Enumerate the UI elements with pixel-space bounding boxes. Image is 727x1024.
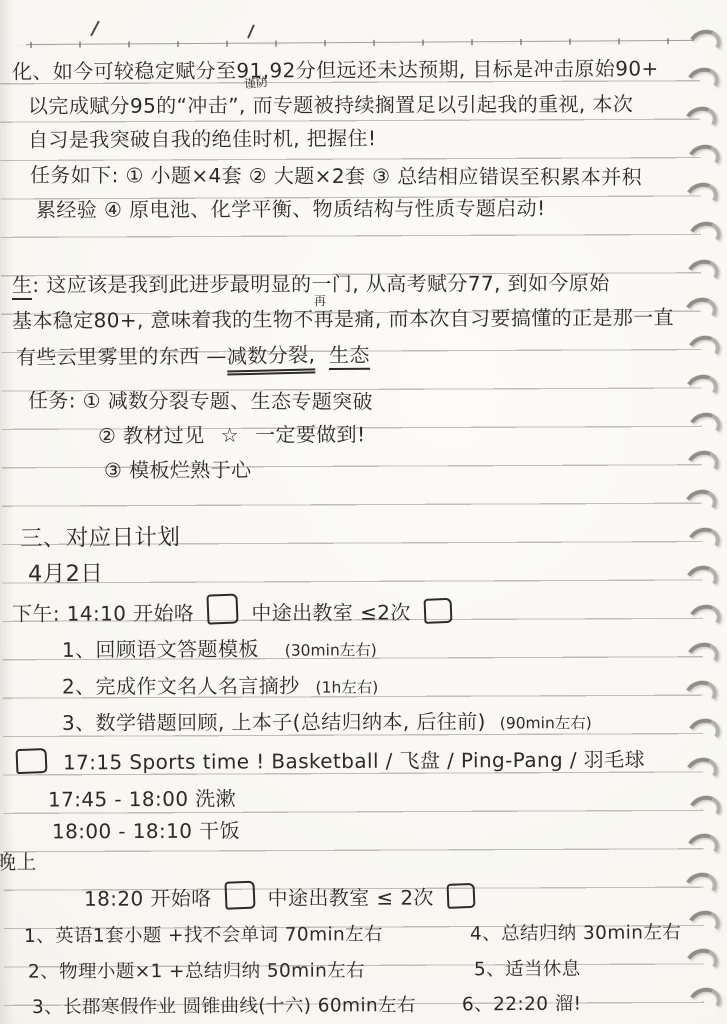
- term-meiosis: 减数分裂,: [226, 342, 315, 375]
- evening-item-3: 3、长郡寒假作业 圆锥曲线(十六) 60min左右: [32, 994, 416, 1019]
- chemistry-line-2: 以完成赋分95的“冲击”, 而专题被持续搁置足以引起我的重视, 本次: [28, 92, 633, 119]
- spiral-coil-icon: [685, 600, 725, 636]
- top-rule-line: [26, 40, 694, 45]
- chemistry-line-4: 任务如下: ① 小题×4套 ② 大题×2套 ③ 总结相应错误至积累本并积: [30, 163, 642, 190]
- rule-tick: [324, 40, 326, 46]
- evening-start-text: 18:20 开始咯: [84, 886, 212, 910]
- afternoon-leave-note: 中途出教室 ≤2次: [251, 600, 411, 625]
- biology-task-1: 任务: ① 减数分裂专题、生态专题突破: [28, 388, 373, 414]
- biology-subject: 生: [12, 273, 33, 300]
- biology-task-2-text: ② 教材过见: [98, 423, 205, 448]
- checkbox-icon: [16, 748, 48, 774]
- spiral-coil-icon: [681, 294, 721, 330]
- evening-item-1: 1、英语1套小题 +找不会单词 70min左右: [24, 923, 383, 948]
- spiral-coil-icon: [683, 830, 723, 866]
- afternoon-item-1-text: 1、回顾语文答题模板: [62, 637, 259, 662]
- afternoon-item-2-duration: (1h左右): [316, 678, 379, 696]
- afternoon-start-text: 下午: 14:10 开始咯: [12, 601, 194, 626]
- spiral-coil-icon: [684, 523, 724, 559]
- rule-tick: [569, 39, 571, 45]
- rule-tick: [226, 41, 228, 47]
- afternoon-item-3-duration: (90min左右): [500, 714, 592, 732]
- spiral-coil-icon: [684, 332, 724, 368]
- rule-tick: [30, 42, 32, 48]
- biology-task-2-suffix: 一定要做到!: [255, 422, 366, 447]
- rule-tick: [422, 40, 424, 46]
- evening-item-2: 2、物理小题×1 +总结归纳 50min左右: [28, 959, 365, 983]
- plan-heading: 三、对应日计划: [20, 523, 181, 553]
- spiral-coil-icon: [681, 677, 721, 713]
- checkbox-icon: [207, 593, 239, 624]
- afternoon-item-2: 2、完成作文名人名言摘抄(1h左右): [62, 673, 378, 699]
- afternoon-item-2-text: 2、完成作文名人名言摘抄: [62, 674, 300, 699]
- spiral-coil-icon: [682, 945, 722, 981]
- afternoon-item-3-text: 3、数学错题回顾, 上本子(总结归纳本, 后往前): [62, 709, 486, 734]
- rule-tick: [373, 40, 375, 46]
- spiral-coil-icon: [683, 64, 723, 100]
- afternoon-item-1-duration: (30min左右): [285, 641, 377, 659]
- chemistry-annotation: 谨防: [243, 73, 269, 92]
- rule-tick: [275, 40, 277, 46]
- spiral-coil-icon: [685, 217, 725, 253]
- rule-tick: [128, 41, 130, 47]
- term-ecology: 生态: [329, 343, 370, 370]
- rule-tick: [667, 38, 669, 44]
- star-icon: ☆: [221, 423, 239, 447]
- evening-item-5: 5、适当休息: [474, 958, 581, 982]
- spiral-coil-icon: [683, 255, 723, 291]
- spiral-coil-icon: [685, 409, 725, 445]
- rule-tick: [79, 42, 81, 48]
- sports-line: 17:15 Sports time ! Basketball / 飞盘 / Pi…: [16, 745, 645, 775]
- checkbox-icon: [423, 598, 452, 624]
- spiral-coil-icon: [681, 102, 721, 138]
- rule-tick: [618, 38, 620, 44]
- pen-mark: [247, 24, 255, 39]
- biology-line-2: 基本稳定80+, 意味着我的生物不再是痛, 而本次自习要搞懂的正是那一直: [12, 305, 674, 333]
- spiral-coil-icon: [683, 447, 723, 483]
- evening-item-4: 4、总结归纳 30min左右: [470, 921, 681, 946]
- evening-start-line: 18:20 开始咯中途出教室 ≤ 2次: [84, 880, 488, 911]
- sports-text: 17:15 Sports time ! Basketball / 飞盘 / Pi…: [63, 747, 645, 774]
- spiral-coil-icon: [682, 370, 722, 406]
- rule-tick: [177, 41, 179, 47]
- plan-date: 4月2日: [28, 560, 103, 589]
- spiral-coil-icon: [684, 140, 724, 176]
- spiral-coil-icon: [682, 562, 722, 598]
- evening-item-6: 6、22:20 溜!: [462, 993, 582, 1017]
- spiral-coil-icon: [685, 983, 725, 1019]
- spiral-coil-icon: [685, 792, 725, 828]
- biology-line-1: 生: 这应该是我到此进步最明显的一门, 从高考赋分77, 到如今原始: [12, 271, 610, 298]
- spiral-coil-icon: [684, 906, 724, 942]
- evening-label: 晚上: [0, 850, 37, 875]
- chemistry-line-1: 化、如今可较稳定赋分至91,92分但远还未达预期, 目标是冲击原始90+: [12, 56, 659, 84]
- pen-mark: [90, 20, 100, 36]
- checkbox-icon: [446, 883, 475, 909]
- checkbox-icon: [224, 881, 255, 910]
- chemistry-line-5: 累经验 ④ 原电池、化学平衡、物质结构与性质专题启动!: [36, 196, 546, 223]
- spiral-coil-icon: [681, 868, 721, 904]
- afternoon-start-line: 下午: 14:10 开始咯中途出教室 ≤2次: [12, 593, 465, 627]
- spiral-coil-icon: [684, 715, 724, 751]
- biology-task-2: ② 教材过见☆一定要做到!: [98, 422, 366, 448]
- afternoon-item-1: 1、回顾语文答题模板(30min左右): [62, 636, 377, 663]
- spiral-coil-icon: [685, 26, 725, 62]
- chemistry-line-3: 自习是我突破自我的绝佳时机, 把握住!: [28, 126, 376, 153]
- dinner-line: 18:00 - 18:10 干饭: [52, 819, 240, 845]
- wash-line: 17:45 - 18:00 洗漱: [48, 787, 236, 813]
- biology-task-3: ③ 模板烂熟于心: [104, 458, 252, 484]
- spiral-coil-icon: [683, 638, 723, 674]
- rule-tick: [520, 39, 522, 45]
- spiral-coil-icon: [681, 485, 721, 521]
- notebook-page: 化、如今可较稳定赋分至91,92分但远还未达预期, 目标是冲击原始90+ 谨防 …: [0, 0, 727, 1024]
- rule-tick: [471, 39, 473, 45]
- spiral-coil-icon: [682, 179, 722, 215]
- biology-line-3-prefix: 有些云里雾里的东西 —: [16, 344, 227, 369]
- biology-line-3: 有些云里雾里的东西 —减数分裂,生态: [16, 343, 370, 376]
- evening-leave-note: 中途出教室 ≤ 2次: [268, 885, 434, 910]
- spiral-coil-icon: [682, 753, 722, 789]
- afternoon-item-3: 3、数学错题回顾, 上本子(总结归纳本, 后往前)(90min左右): [62, 709, 592, 736]
